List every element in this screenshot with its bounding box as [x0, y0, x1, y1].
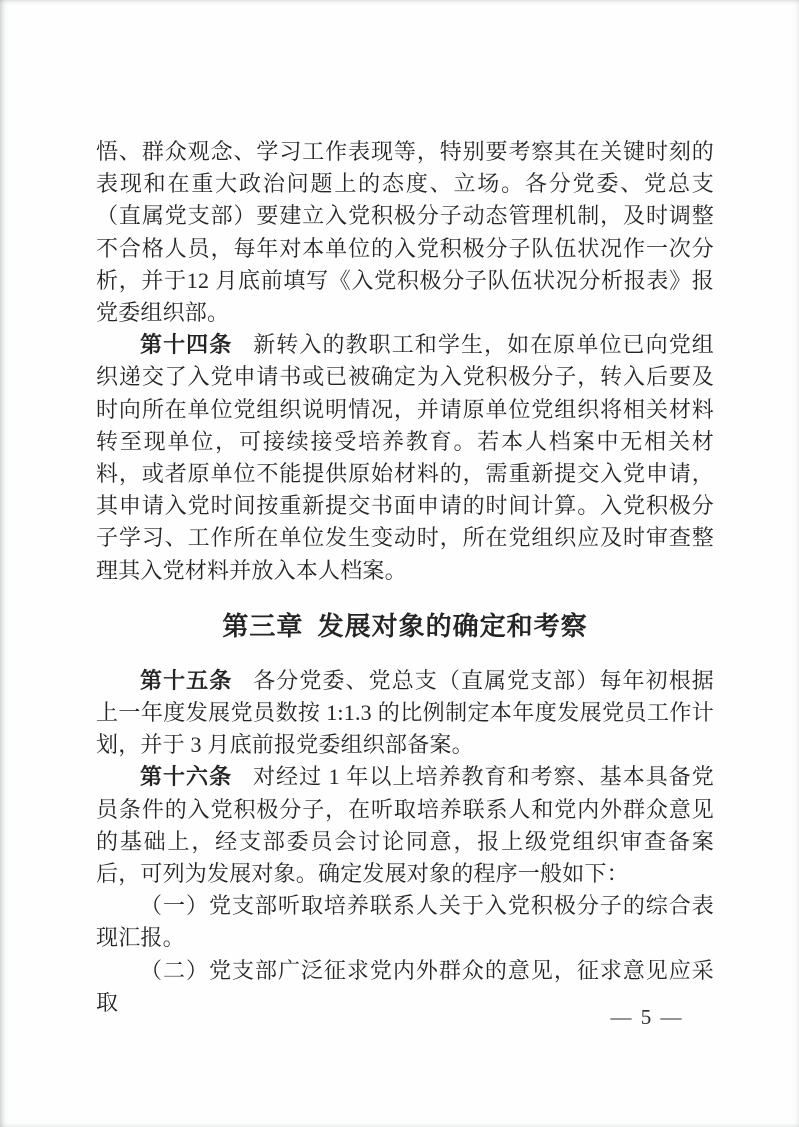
chapter-3-heading: 第三章发展对象的确定和考察 — [96, 609, 714, 643]
chapter-3-title: 发展对象的确定和考察 — [318, 611, 588, 641]
article-14-label: 第十四条 — [140, 332, 232, 357]
article-15-paragraph: 第十五条各分党委、党总支（直属党支部）每年初根据上一年度发展党员数按 1:1.3… — [96, 665, 714, 762]
article-16-label: 第十六条 — [140, 764, 232, 789]
procedure-item-1: （一）党支部听取培养联系人关于入党积极分子的综合表现汇报。 — [96, 890, 714, 954]
article-16-paragraph: 第十六条对经过 1 年以上培养教育和考察、基本具备党员条件的入党积极分子，在听取… — [96, 761, 714, 890]
article-14-paragraph: 第十四条新转入的教职工和学生，如在原单位已向党组织递交了入党申请书或已被确定为入… — [96, 329, 714, 587]
intro-continuation-paragraph: 悟、群众观念、学习工作表现等，特别要考察其在关键时刻的表现和在重大政治问题上的态… — [96, 136, 714, 329]
page-number: — 5 — — [566, 1004, 728, 1030]
article-15-label: 第十五条 — [140, 668, 232, 693]
chapter-3-number: 第三章 — [222, 611, 303, 641]
article-14-text: 新转入的教职工和学生，如在原单位已向党组织递交了入党申请书或已被确定为入党积极分… — [96, 332, 714, 582]
document-page: 悟、群众观念、学习工作表现等，特别要考察其在关键时刻的表现和在重大政治问题上的态… — [0, 0, 799, 1127]
document-content: 悟、群众观念、学习工作表现等，特别要考察其在关键时刻的表现和在重大政治问题上的态… — [96, 136, 714, 1019]
